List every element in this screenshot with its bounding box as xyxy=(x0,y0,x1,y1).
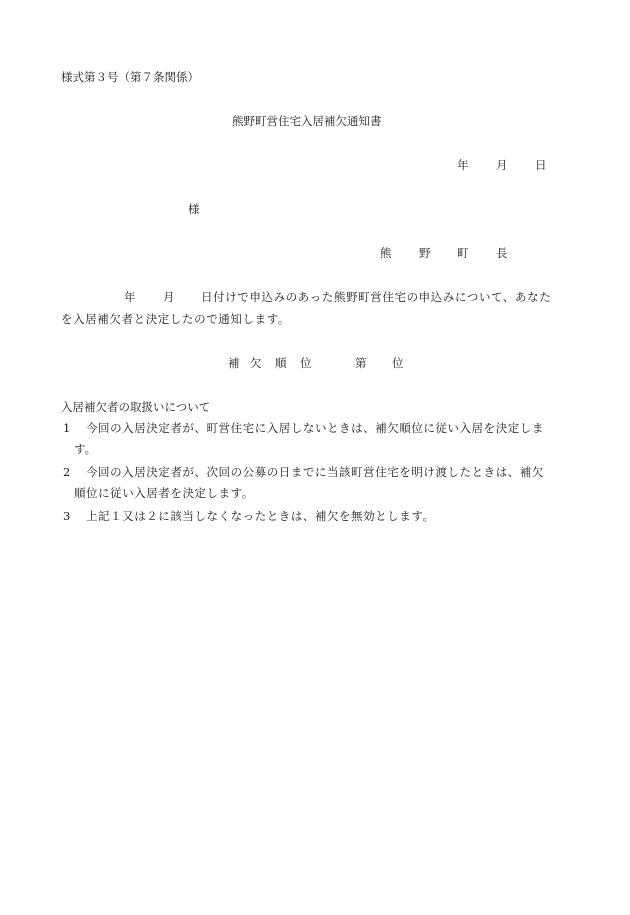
rank-label-char: 補 xyxy=(228,356,240,370)
note-line1: 今回の入居決定者が、町営住宅に入居しないときは、補欠順位に従い入居を決定しま xyxy=(86,421,544,435)
note-number: 1 xyxy=(63,421,70,435)
rank-prefix: 第 xyxy=(355,356,367,370)
note-line1: 今回の入居決定者が、次回の公募の日までに当該町営住宅を明け渡したときは、補欠 xyxy=(86,465,544,479)
issuer-char: 長 xyxy=(496,246,508,260)
issuer-char: 町 xyxy=(457,246,469,260)
body-year: 年 xyxy=(124,290,136,304)
issuer-char: 熊 xyxy=(380,246,392,260)
form-number: 様式第３号（第７条関係） xyxy=(61,70,199,84)
notes-heading: 入居補欠者の取扱いについて xyxy=(61,400,210,414)
document-title: 熊野町営住宅入居補欠通知書 xyxy=(232,114,382,128)
issuer-char: 野 xyxy=(419,246,431,260)
body-line1: 日付けで申込みのあった熊野町営住宅の申込みについて、あなた xyxy=(201,290,551,304)
note-line2: 順位に従い入居者を決定します。 xyxy=(74,486,254,500)
body-month: 月 xyxy=(163,290,175,304)
rank-label-char: 位 xyxy=(300,356,312,370)
body-line2: を入居補欠者と決定したので通知します。 xyxy=(61,312,290,326)
addressee-suffix: 様 xyxy=(188,202,200,216)
note-line1: 上記１又は２に該当しなくなったときは、補欠を無効とします。 xyxy=(86,509,435,523)
date-day: 日 xyxy=(535,158,547,172)
note-number: 3 xyxy=(63,509,70,523)
note-number: 2 xyxy=(63,465,70,479)
rank-label-char: 欠 xyxy=(250,356,262,370)
note-line2: す。 xyxy=(74,442,96,456)
rank-label-char: 順 xyxy=(275,356,287,370)
date-month: 月 xyxy=(496,158,508,172)
date-year: 年 xyxy=(457,158,469,172)
rank-suffix: 位 xyxy=(392,356,404,370)
